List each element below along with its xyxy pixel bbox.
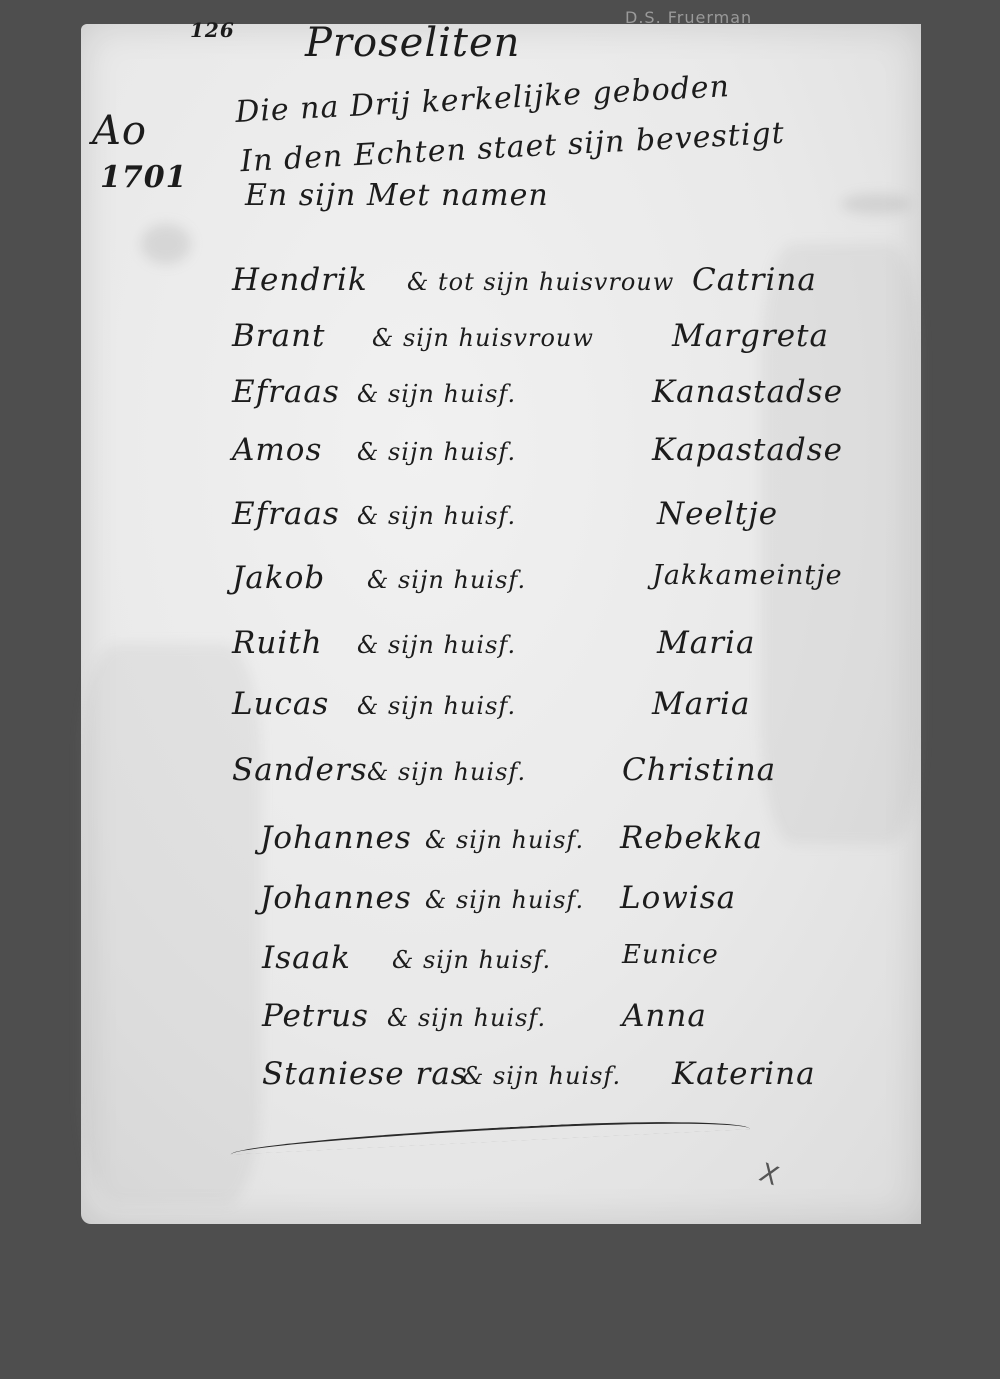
margin-anno-label: Ao [92, 108, 147, 154]
connector-text: & tot sijn huisvrouw [407, 268, 674, 296]
husband-name: Sanders [232, 752, 368, 788]
wife-name: Catrina [692, 262, 817, 298]
husband-name: Staniese ras [262, 1056, 468, 1092]
husband-name: Efraas [232, 496, 340, 532]
wife-name: Margreta [672, 318, 829, 354]
wife-name: Eunice [622, 940, 719, 970]
connector-text: & sijn huisf. [357, 438, 516, 466]
husband-name: Lucas [232, 686, 329, 722]
husband-name: Jakob [232, 560, 325, 596]
husband-name: Petrus [262, 998, 369, 1034]
connector-text: & sijn huisf. [357, 631, 516, 659]
wife-name: Kapastadse [652, 432, 843, 468]
document-title: Proseliten [305, 20, 520, 66]
connector-text: & sijn huisf. [367, 758, 526, 786]
husband-name: Hendrik [232, 262, 368, 298]
husband-name: Efraas [232, 374, 340, 410]
connector-text: & sijn huisf. [357, 380, 516, 408]
water-damage [81, 644, 261, 1204]
ink-stain [141, 224, 191, 264]
page-number: 126 [190, 18, 235, 42]
archivist-note: D.S. Fruerman [625, 8, 752, 27]
connector-text: & sijn huisf. [387, 1004, 546, 1032]
husband-name: Amos [232, 432, 322, 468]
margin-year: 1701 [100, 160, 188, 195]
husband-name: Johannes [260, 880, 412, 916]
wife-name: Katerina [672, 1056, 816, 1092]
connector-text: & sijn huisf. [392, 946, 551, 974]
heading-line-3: En sijn Met namen [245, 178, 549, 213]
wife-name: Neeltje [657, 496, 778, 532]
wife-name: Anna [622, 998, 707, 1034]
wife-name: Jakkameintje [652, 560, 843, 591]
husband-name: Isaak [262, 940, 351, 976]
ink-stain [841, 194, 911, 214]
husband-name: Johannes [260, 820, 412, 856]
wife-name: Kanastadse [652, 374, 843, 410]
connector-text: & sijn huisf. [425, 826, 584, 854]
connector-text: & sijn huisvrouw [372, 324, 594, 352]
husband-name: Brant [232, 318, 326, 354]
wife-name: Maria [652, 686, 750, 722]
wife-name: Rebekka [620, 820, 763, 856]
wife-name: Christina [622, 752, 776, 788]
connector-text: & sijn huisf. [357, 502, 516, 530]
connector-text: & sijn huisf. [367, 566, 526, 594]
husband-name: Ruith [232, 625, 323, 661]
connector-text: & sijn huisf. [357, 692, 516, 720]
connector-text: & sijn huisf. [425, 886, 584, 914]
connector-text: & sijn huisf. [462, 1062, 621, 1090]
wife-name: Maria [657, 625, 755, 661]
wife-name: Lowisa [620, 880, 736, 916]
